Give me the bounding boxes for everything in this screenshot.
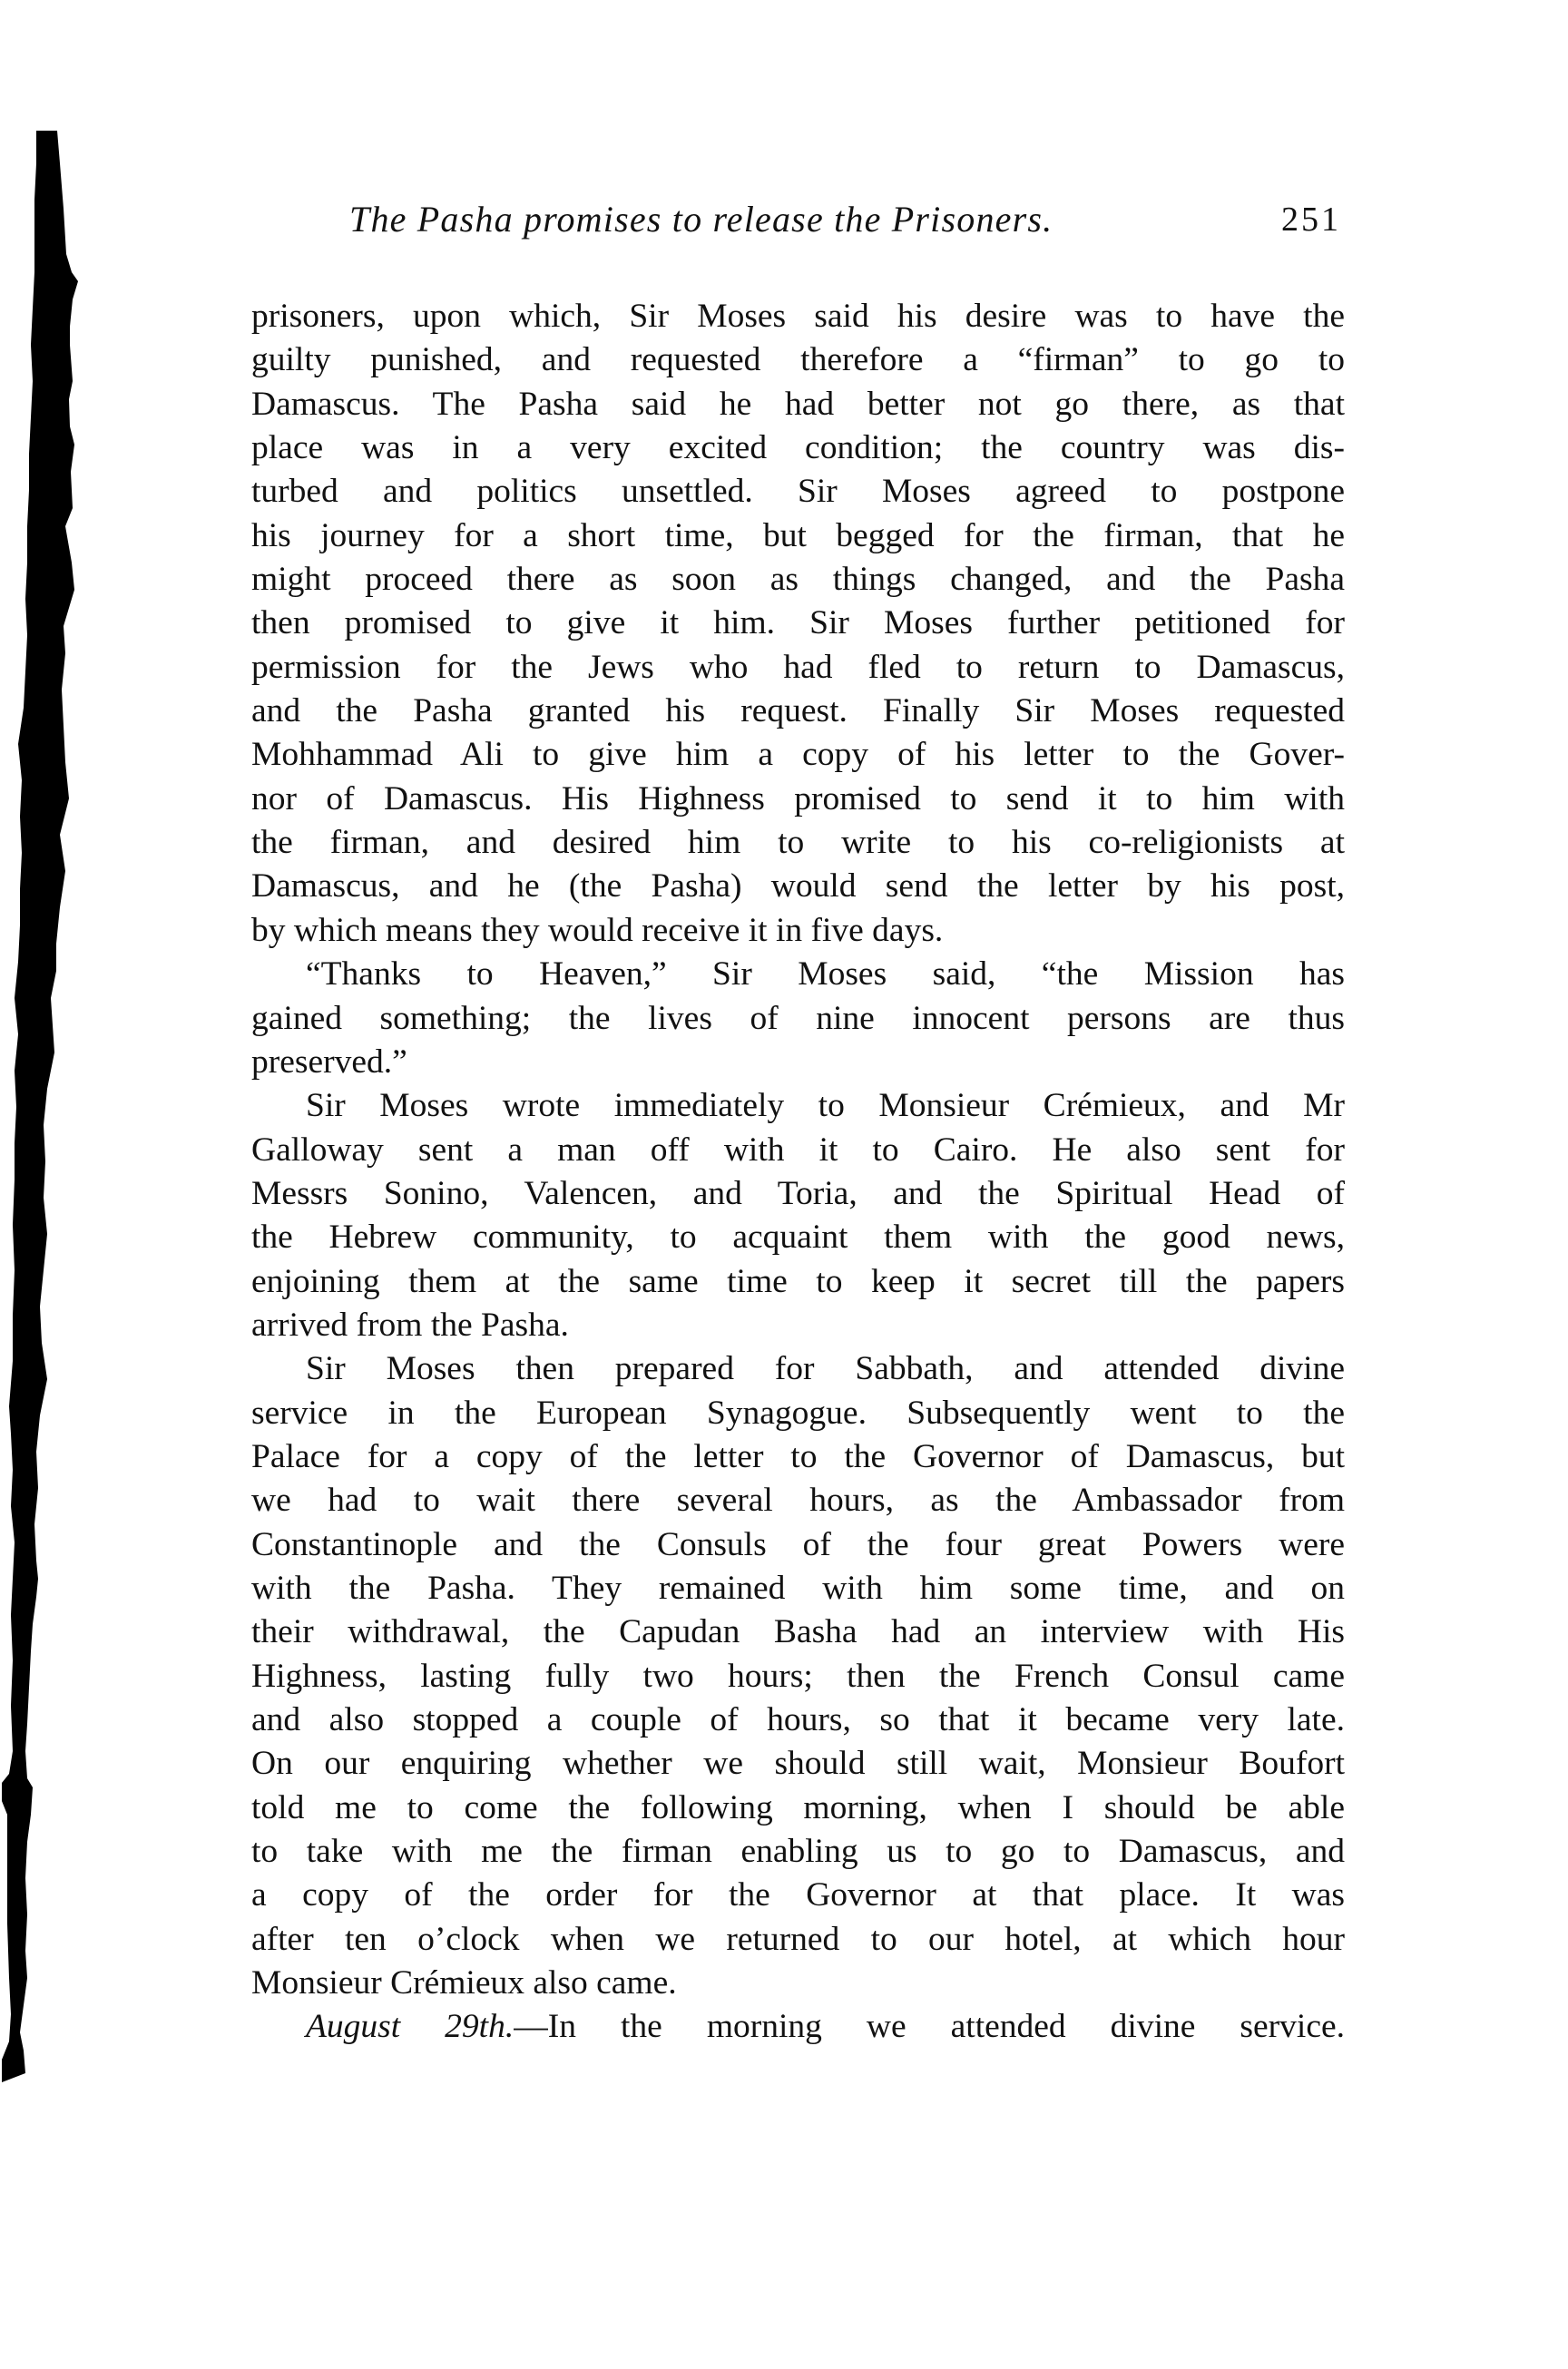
body-text: prisoners, upon which, Sir Moses said hi… [251,295,1345,2050]
text-line: Damascus. The Pasha said he had better n… [251,383,1345,426]
text-line: after ten o’clock when we returned to ou… [251,1918,1345,1962]
text-line: prisoners, upon which, Sir Moses said hi… [251,295,1345,338]
text-line: Sir Moses then prepared for Sabbath, and… [251,1347,1345,1391]
text-line: August 29th.—In the morning we attended … [251,2005,1345,2049]
text-line: place was in a very excited condition; t… [251,426,1345,470]
text-line: then promised to give it him. Sir Moses … [251,602,1345,645]
text-line: enjoining them at the same time to keep … [251,1260,1345,1304]
text-line: On our enquiring whether we should still… [251,1742,1345,1786]
paragraph-2: “Thanks to Heaven,” Sir Moses said, “the… [251,953,1345,1084]
paragraph-3: Sir Moses wrote immediately to Monsieur … [251,1084,1345,1347]
text-line: permission for the Jews who had fled to … [251,646,1345,690]
text-line: Monsieur Crémieux also came. [251,1962,1345,2005]
running-head: The Pasha promises to release the Prison… [349,198,1347,252]
scanned-page-edge-shadow [0,0,82,2369]
text-line: and the Pasha granted his request. Final… [251,690,1345,733]
text-line: to take with me the firman enabling us t… [251,1830,1345,1874]
text-line: and also stopped a couple of hours, so t… [251,1698,1345,1742]
text-line: Constantinople and the Consuls of the fo… [251,1523,1345,1567]
text-line: Mohhammad Ali to give him a copy of his … [251,733,1345,777]
text-line: Messrs Sonino, Valencen, and Toria, and … [251,1172,1345,1216]
running-head-title: The Pasha promises to release the Prison… [349,198,1053,240]
text-line: turbed and politics unsettled. Sir Moses… [251,470,1345,514]
text-line: his journey for a short time, but begged… [251,514,1345,558]
text-line: Sir Moses wrote immediately to Monsieur … [251,1084,1345,1128]
text-line: Highness, lasting fully two hours; then … [251,1655,1345,1698]
text-line: Damascus, and he (the Pasha) would send … [251,865,1345,908]
text-run: —In the morning we attended divine servi… [514,2008,1345,2045]
text-line: Galloway sent a man off with it to Cairo… [251,1129,1345,1172]
text-line: gained something; the lives of nine inno… [251,997,1345,1041]
text-line: arrived from the Pasha. [251,1304,1345,1347]
text-line: with the Pasha. They remained with him s… [251,1567,1345,1610]
paragraph-4: Sir Moses then prepared for Sabbath, and… [251,1347,1345,2005]
text-line: we had to wait there several hours, as t… [251,1479,1345,1522]
text-line: their withdrawal, the Capudan Basha had … [251,1610,1345,1654]
paragraph-5: August 29th.—In the morning we attended … [251,2005,1345,2049]
paragraph-1: prisoners, upon which, Sir Moses said hi… [251,295,1345,953]
date-label: August 29th. [306,2008,514,2045]
text-line: nor of Damascus. His Highness promised t… [251,778,1345,821]
text-line: preserved.” [251,1041,1345,1084]
text-line: might proceed there as soon as things ch… [251,558,1345,602]
text-line: told me to come the following morning, w… [251,1787,1345,1830]
text-line: Palace for a copy of the letter to the G… [251,1435,1345,1479]
text-line: guilty punished, and requested therefore… [251,338,1345,382]
text-line: by which means they would receive it in … [251,909,1345,953]
text-line: service in the European Synagogue. Subse… [251,1392,1345,1435]
page-number: 251 [1281,200,1341,240]
text-line: a copy of the order for the Governor at … [251,1874,1345,1917]
text-line: the firman, and desired him to write to … [251,821,1345,865]
text-line: the Hebrew community, to acquaint them w… [251,1216,1345,1259]
text-line: “Thanks to Heaven,” Sir Moses said, “the… [251,953,1345,996]
